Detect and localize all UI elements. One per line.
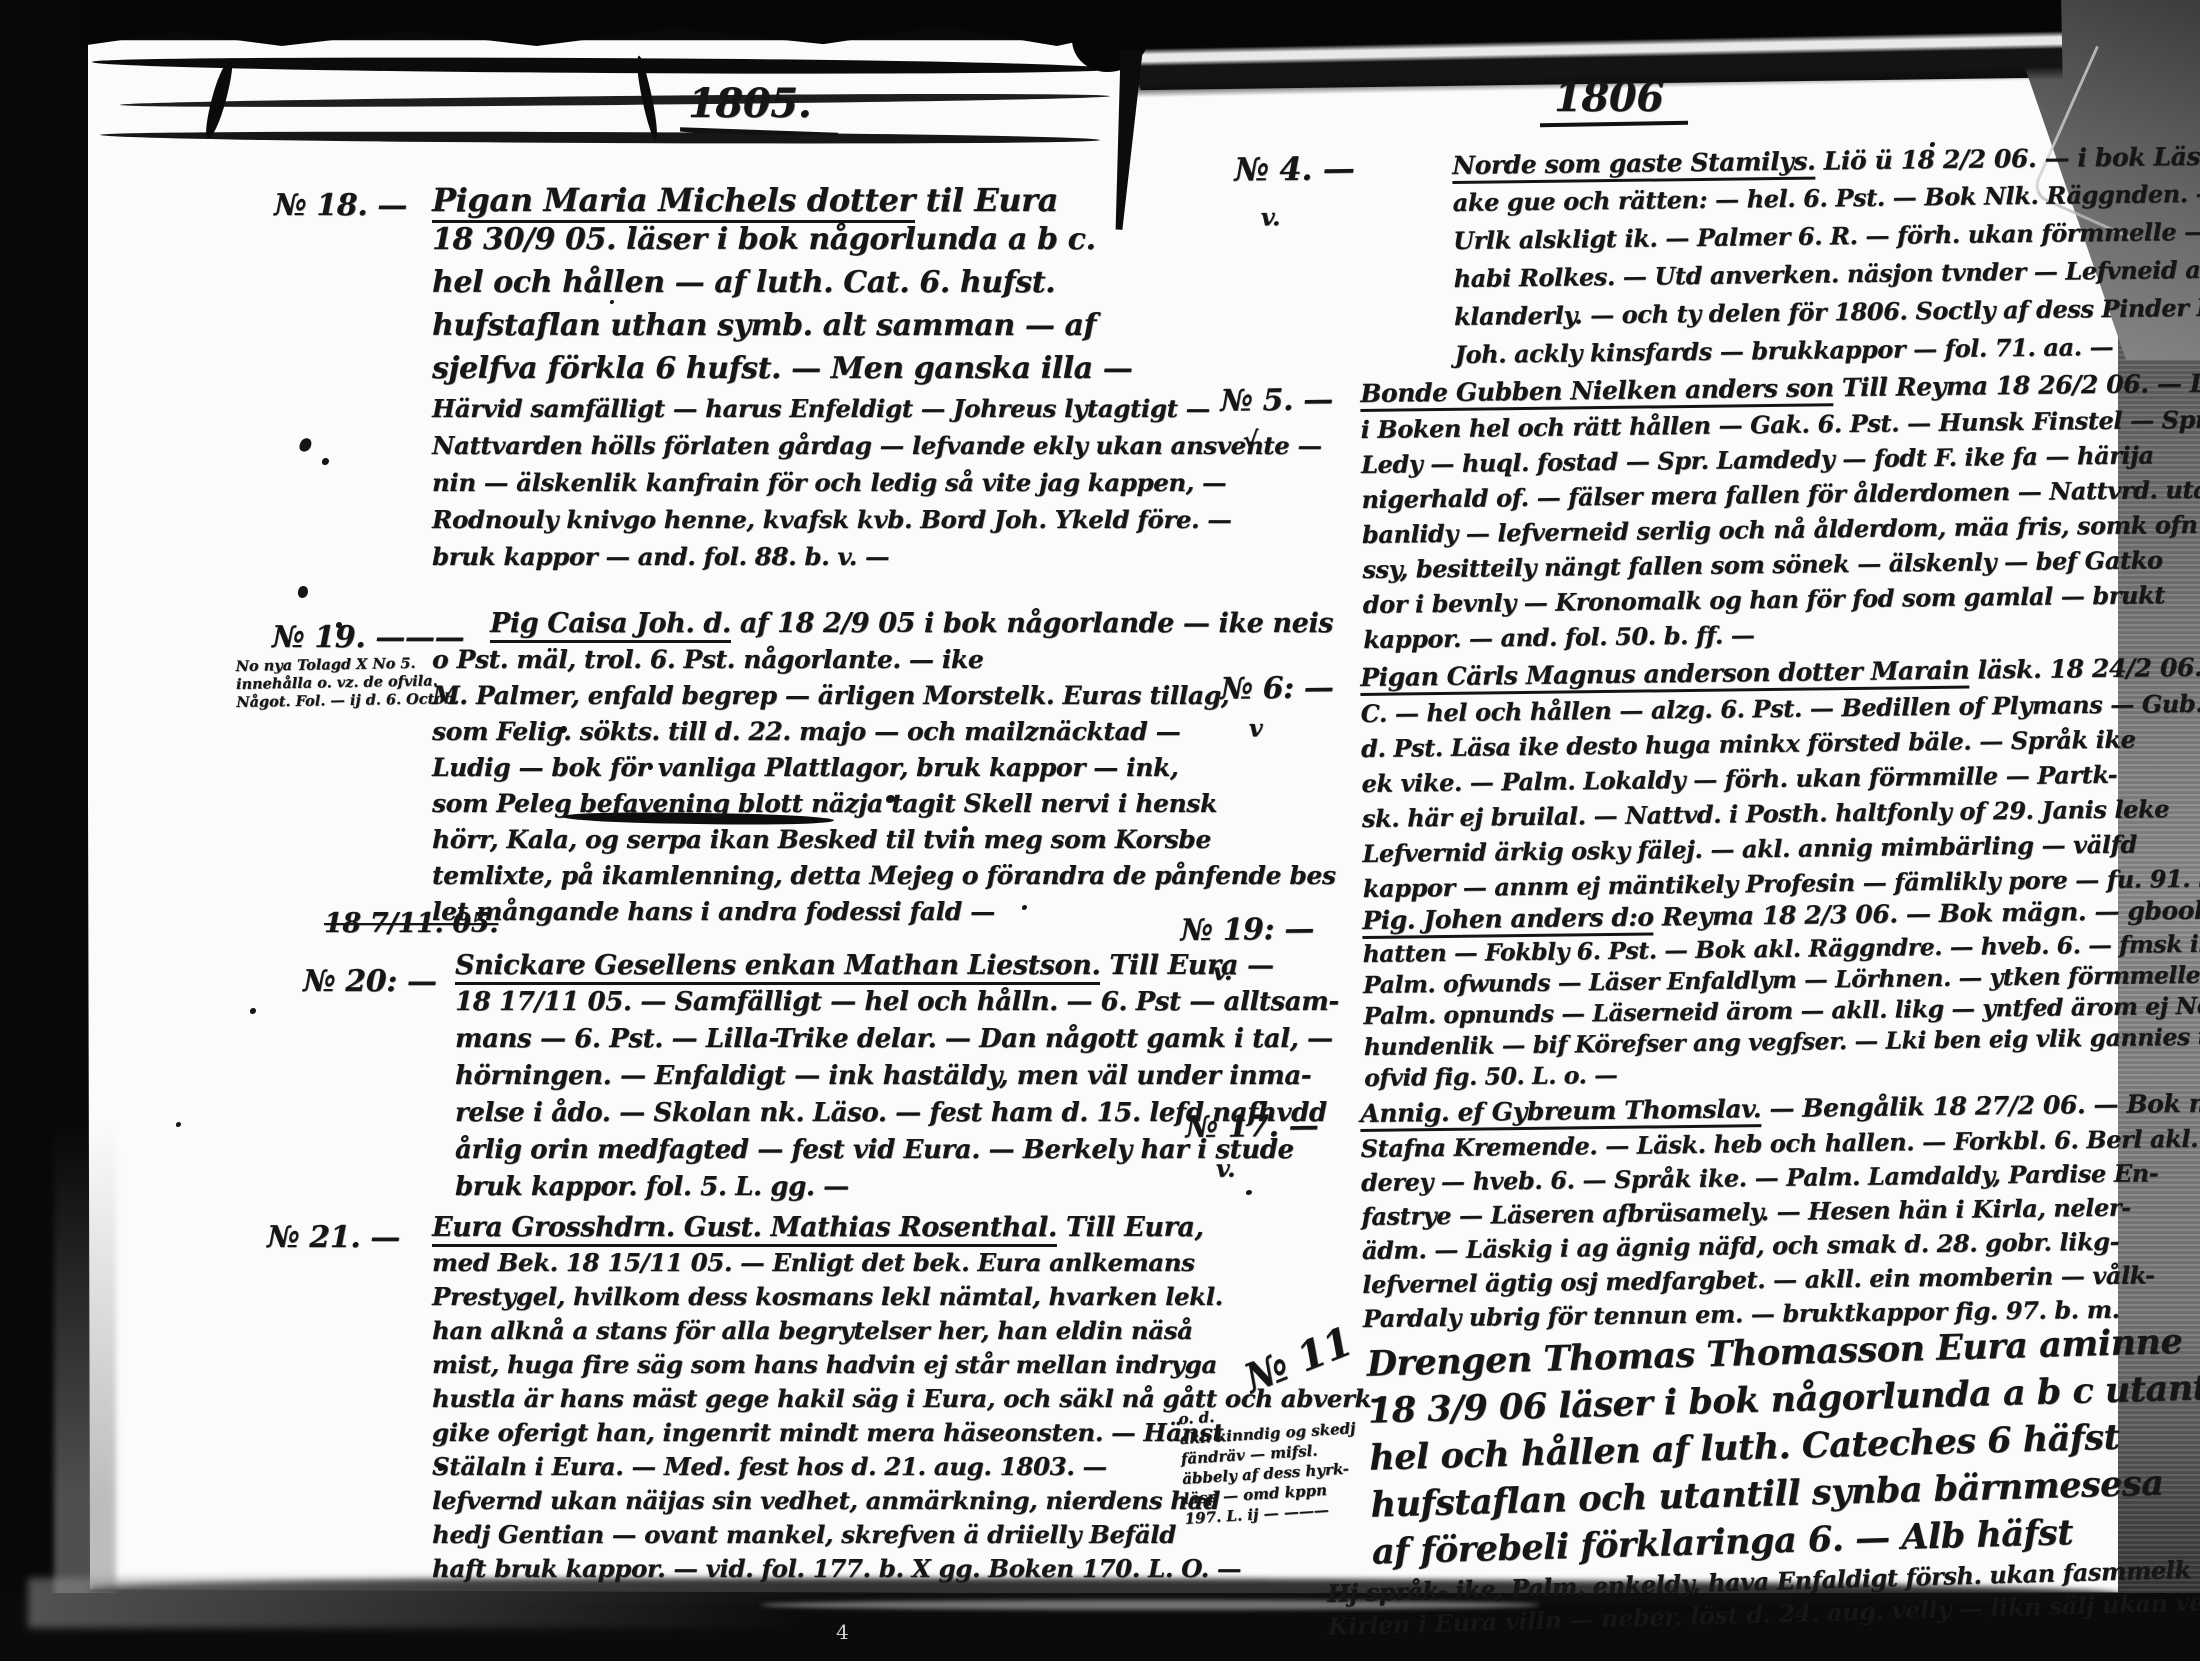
scanned-parish-register-spread: 1805. 1806 № 18. — Pigan Maria Michels d… — [0, 0, 2200, 1661]
entry-number: № 21. — — [267, 1220, 400, 1255]
stray-page-mark: 4 — [836, 1620, 849, 1644]
entry-title-rest: Reyma 18 2/3 06. — Bok mägn. — gbooken b… — [1653, 894, 2200, 931]
manuscript-line: temlixte, på ikamlenning, detta Mejeg o … — [432, 858, 1336, 894]
entry-r17: № 17. — v. Annig. ef Gybreum Thomslav. —… — [1360, 1085, 2200, 1336]
manuscript-line: mist, huga fire säg som hans hadvin ej s… — [432, 1348, 1380, 1382]
entry-body: 18 17/11 05. — Samfälligt — hel och håll… — [455, 984, 1339, 1206]
entry-title-name: Pigan Maria Michels dotter — [432, 181, 915, 223]
manuscript-line: sjelfva förkla 6 hufst. — Men ganska ill… — [432, 347, 1322, 390]
manuscript-line: Nattvarden hölls förlaten gårdag — lefva… — [432, 427, 1322, 464]
manuscript-line: hörningen. — Enfaldigt — ink hastäldy, m… — [455, 1058, 1339, 1095]
entry-body: o Pst. mäl, trol. 6. Pst. någorlante. — … — [432, 642, 1336, 930]
manuscript-line: bruk kappor. fol. 5. L. gg. — — [455, 1169, 1339, 1206]
entry-body: Stafna Kremende. — Läsk. heb och hallen.… — [1360, 1121, 2200, 1336]
checked-mark: v. — [1216, 1154, 1235, 1183]
manuscript-line: haft bruk kappor. — vid. fol. 177. b. X … — [432, 1552, 1380, 1586]
entry-number: № 19: — — [1180, 912, 1314, 949]
entry-r11: № 11 o. d.akl. kinndig og skedjfändräv —… — [1320, 1316, 2200, 1643]
entry-title: Snickare Gesellens enkan Mathan Liestson… — [455, 948, 1339, 984]
entry-title-rest: — Bengålik 18 27/2 06. — Bok negl — [1761, 1088, 2200, 1123]
entry-title-rest: til Eura — [915, 181, 1058, 219]
manuscript-line: hörr, Kala, og serpa ikan Besked til tvi… — [432, 822, 1336, 858]
manuscript-line: Ludig — bok för vanliga Plattlagor, bruk… — [432, 750, 1336, 786]
entry-r6: № 6: — v Pigan Cärls Magnus anderson dot… — [1360, 647, 2200, 906]
entry-title-name: Pig Caisa Joh. d. — [490, 608, 731, 643]
checked-mark: v. — [1261, 202, 1280, 231]
manuscript-line: hufstaflan uthan symb. alt samman — af — [432, 304, 1322, 347]
entry-body: ake gue och rätten: — hel. 6. Pst. — Bok… — [1452, 173, 2200, 374]
entry-title-rest: Till Eura — — [1100, 950, 1273, 981]
entry-body-large: 18 30/9 05. läser i bok någorlunda a b c… — [432, 218, 1322, 390]
entry-number: № 5. — — [1220, 382, 1333, 418]
entry-r19: № 19: — v. Pig. Johen anders d:o Reyma 1… — [1362, 890, 2200, 1094]
manuscript-line: M. Palmer, enfald begrep — ärligen Morst… — [432, 678, 1336, 714]
entry-title-name: Snickare Gesellens enkan Mathan Liestson… — [455, 950, 1100, 985]
checked-mark: v — [1249, 713, 1263, 742]
manuscript-line: hel och hållen — af luth. Cat. 6. hufst. — [432, 261, 1322, 304]
manuscript-line: Härvid samfälligt — harus Enfeldigt — Jo… — [432, 390, 1322, 427]
manuscript-line: Prestygel, hvilkom dess kosmans lekl näm… — [432, 1280, 1380, 1314]
entry-number: № 20: — — [303, 964, 437, 999]
entry-body: C. — hel och hållen — alzg. 6. Pst. — Be… — [1360, 683, 2200, 906]
margin-note: o. d.akl. kinndig og skedjfändräv — mifs… — [1178, 1398, 1361, 1529]
entry-number: № 17. — — [1185, 1109, 1318, 1146]
entry-number: № 4. — — [1234, 149, 1355, 188]
entry-r4: № 4. — v. Norde som gaste Stamilys. Liö … — [1452, 137, 2200, 374]
entry-title-rest: Liö ü 18 2/2 06. — i bok Läsnings vank. — [1815, 140, 2200, 176]
manuscript-line: som Peleg befavening blott näzja tagit S… — [432, 786, 1336, 822]
entry-number: № 6: — — [1220, 670, 1333, 706]
manuscript-line: 18 17/11 05. — Samfälligt — hel och håll… — [455, 984, 1339, 1021]
entry-body: hatten — Fokbly 6. Pst. — Bok akl. Räggn… — [1362, 926, 2200, 1094]
entry-number: № 18. — — [274, 188, 407, 223]
year-heading-left: 1805. — [688, 80, 811, 127]
entry-title: Eura Grosshdrn. Gust. Mathias Rosenthal.… — [432, 1210, 1380, 1246]
manuscript-line: Rodnouly knivgo henne, kvafsk kvb. Bord … — [432, 501, 1322, 538]
year-heading-right: 1806 — [1554, 74, 1664, 121]
entry-number: № 19. ——— — [272, 620, 464, 655]
entry-title-rest: läsk. 18 24/2 06. i bok utantill — [1969, 650, 2200, 684]
manuscript-line: 18 30/9 05. läser i bok någorlunda a b c… — [432, 218, 1322, 261]
entry-title: Pig Caisa Joh. d. af 18 2/9 05 i bok någ… — [432, 606, 1336, 642]
torn-paper-edge-top — [80, 0, 1142, 46]
entry-title-name: Norde som gaste Stamilys. — [1452, 147, 1816, 184]
manuscript-line: som Felig. sökts. till d. 22. majo — och… — [432, 714, 1336, 750]
margin-note: No nya Tolagd X No 5.innehålla o. vz. de… — [236, 654, 460, 712]
entry-title: Pigan Maria Michels dotter til Eura — [432, 182, 1322, 218]
entry-title-name: Eura Grosshdrn. Gust. Mathias Rosenthal. — [432, 1212, 1057, 1247]
entry-no20: № 20: — Snickare Gesellens enkan Mathan … — [455, 948, 1339, 1206]
manuscript-line: med Bek. 18 15/11 05. — Enligt det bek. … — [432, 1246, 1380, 1280]
entry-no19: № 19. ——— No nya Tolagd X No 5.innehålla… — [432, 606, 1336, 930]
entry-title-name: Annig. ef Gybreum Thomslav. — [1360, 1094, 1761, 1132]
struck-date: 18 7/11. 05. — [324, 908, 498, 939]
entry-no21: № 21. — Eura Grosshdrn. Gust. Mathias Ro… — [432, 1210, 1380, 1586]
entry-body: i Boken hel och rätt hållen — Gak. 6. Ps… — [1360, 399, 2200, 657]
manuscript-line: o Pst. mäl, trol. 6. Pst. någorlante. — … — [432, 642, 1336, 678]
entry-title-name: Pig. Johen anders d:o — [1362, 902, 1654, 939]
entry-title-rest: Till Eura, — [1057, 1212, 1204, 1243]
entry-body-large: Drengen Thomas Thomasson Eura aminne18 3… — [1320, 1316, 2200, 1577]
entry-no18: № 18. — Pigan Maria Michels dotter til E… — [432, 182, 1322, 575]
entry-title-rest: Till Reyma 18 26/2 06. — Läsk mera försg… — [1833, 366, 2200, 402]
entry-body: Härvid samfälligt — harus Enfeldigt — Jo… — [432, 390, 1322, 575]
manuscript-line: bruk kappor — and. fol. 88. b. v. — — [432, 538, 1322, 575]
checked-mark: v. — [1213, 957, 1232, 986]
manuscript-line: han alknå a stans för alla begrytelser h… — [432, 1314, 1380, 1348]
checked-mark: √ — [1243, 425, 1259, 454]
manuscript-line: mans — 6. Pst. — Lilla-Trike delar. — Da… — [455, 1021, 1339, 1058]
entry-title-rest: af 18 2/9 05 i bok någorlande — ike neis — [731, 608, 1333, 639]
manuscript-line: nin — älskenlik kanfrain för och ledig s… — [432, 464, 1322, 501]
entry-r5: № 5. — √ Bonde Gubben Nielken anders son… — [1360, 363, 2200, 657]
